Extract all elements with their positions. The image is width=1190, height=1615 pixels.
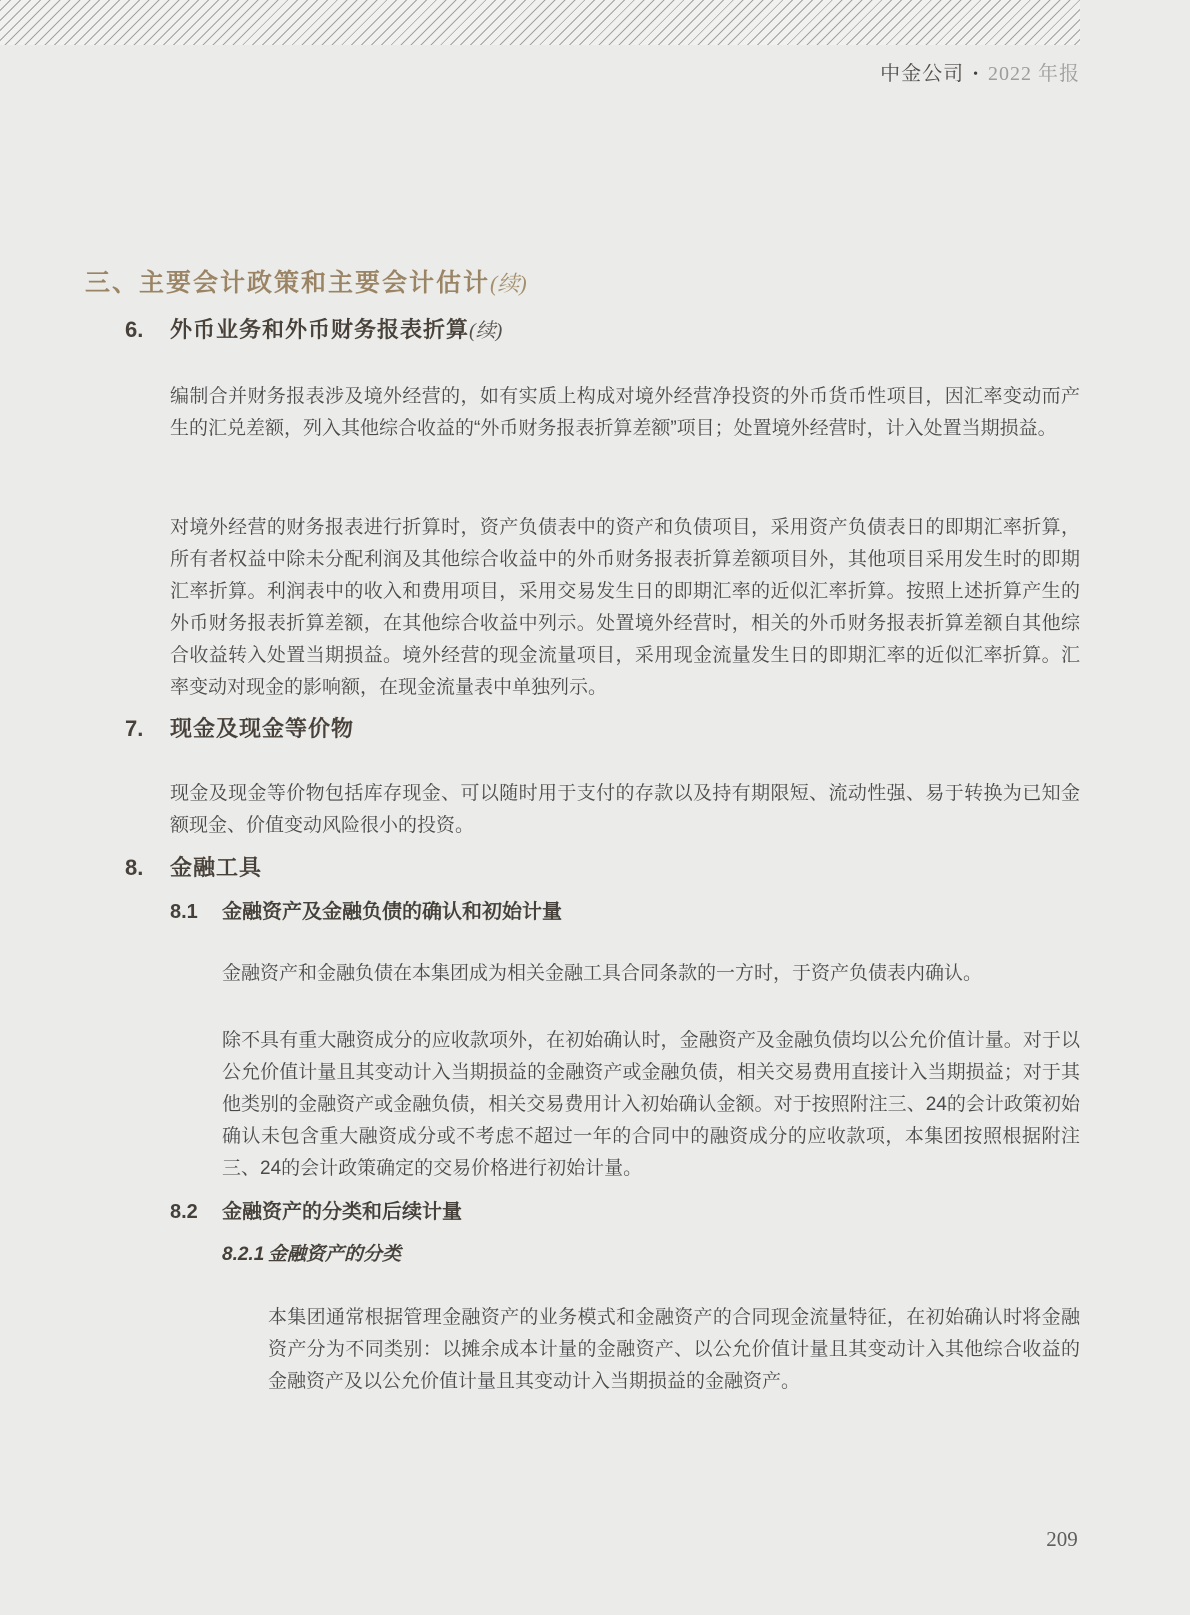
running-header: 中金公司•2022 年报 xyxy=(0,57,1080,86)
hatch-pattern-band xyxy=(0,0,1080,45)
company-name: 中金公司 xyxy=(880,63,964,85)
section-8-2-title: 金融资产的分类和后续计量 xyxy=(222,1200,462,1225)
section-8-2-heading: 8.2 金融资产的分类和后续计量 xyxy=(170,1200,462,1225)
section-8-number: 8. xyxy=(125,855,170,881)
section-6-number: 6. xyxy=(125,317,170,343)
section-8-1-paragraph-1: 金融资产和金融负债在本集团成为相关金融工具合同条款的一方时，于资产负债表内确认。 xyxy=(222,958,1080,990)
section-8-1-heading: 8.1 金融资产及金融负债的确认和初始计量 xyxy=(170,900,562,925)
section-6-title: 外币业务和外币财务报表折算(续) xyxy=(170,317,502,343)
section-6-paragraph-2: 对境外经营的财务报表进行折算时，资产负债表中的资产和负债项目，采用资产负债表日的… xyxy=(170,512,1080,704)
section-6-continued-suffix: (续) xyxy=(469,320,502,342)
section-8-title: 金融工具 xyxy=(170,855,262,881)
chapter-heading: 三、主要会计政策和主要会计估计(续) xyxy=(85,268,527,298)
section-7-number: 7. xyxy=(125,716,170,742)
report-edition: 2022 年报 xyxy=(988,63,1080,85)
section-7-heading: 7. 现金及现金等价物 xyxy=(125,716,354,742)
section-8-2-1-paragraph-1: 本集团通常根据管理金融资产的业务模式和金融资产的合同现金流量特征，在初始确认时将… xyxy=(268,1302,1080,1398)
section-8-2-1-number: 8.2.1 xyxy=(222,1243,268,1267)
page-number: 209 xyxy=(1020,1527,1104,1552)
report-page: 中金公司•2022 年报 三、主要会计政策和主要会计估计(续) 6. 外币业务和… xyxy=(0,0,1190,1615)
section-8-1-title: 金融资产及金融负债的确认和初始计量 xyxy=(222,900,562,925)
section-8-1-paragraph-2: 除不具有重大融资成分的应收款项外，在初始确认时，金融资产及金融负债均以公允价值计… xyxy=(222,1025,1080,1185)
section-8-2-1-heading: 8.2.1 金融资产的分类 xyxy=(222,1243,401,1267)
bullet-separator-icon: • xyxy=(973,67,979,82)
section-6-heading: 6. 外币业务和外币财务报表折算(续) xyxy=(125,317,502,343)
section-7-title: 现金及现金等价物 xyxy=(170,716,354,742)
section-8-heading: 8. 金融工具 xyxy=(125,855,262,881)
section-8-1-number: 8.1 xyxy=(170,900,222,925)
section-8-2-1-title: 金融资产的分类 xyxy=(268,1243,401,1267)
chapter-heading-continued-suffix: (续) xyxy=(490,271,527,296)
section-8-2-number: 8.2 xyxy=(170,1200,222,1225)
chapter-heading-text: 三、主要会计政策和主要会计估计 xyxy=(85,269,490,297)
section-7-paragraph-1: 现金及现金等价物包括库存现金、可以随时用于支付的存款以及持有期限短、流动性强、易… xyxy=(170,778,1080,842)
section-6-paragraph-1: 编制合并财务报表涉及境外经营的，如有实质上构成对境外经营净投资的外币货币性项目，… xyxy=(170,381,1080,445)
